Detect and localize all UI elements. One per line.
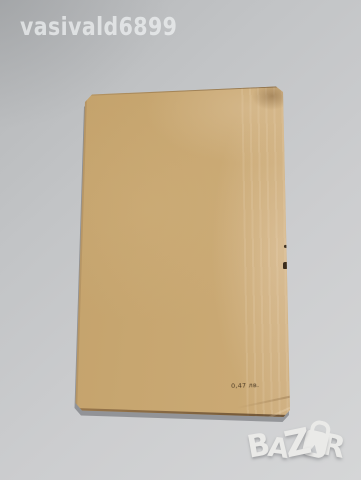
worn-corner-smudge — [251, 81, 292, 111]
ink-mark — [283, 262, 288, 269]
price-label: 0,47 лв. — [231, 382, 259, 389]
bazar-store-logo: B A Z R — [247, 428, 345, 460]
bag-handle — [308, 419, 331, 440]
ink-mark — [284, 245, 288, 249]
book-back-cover: 0,47 лв. — [0, 0, 361, 480]
watermark-text: vasivald6899 — [20, 13, 177, 41]
photo-canvas: vasivald6899 0,47 лв. B A Z R — [0, 0, 361, 480]
cover-sheen-streaks — [241, 86, 294, 420]
